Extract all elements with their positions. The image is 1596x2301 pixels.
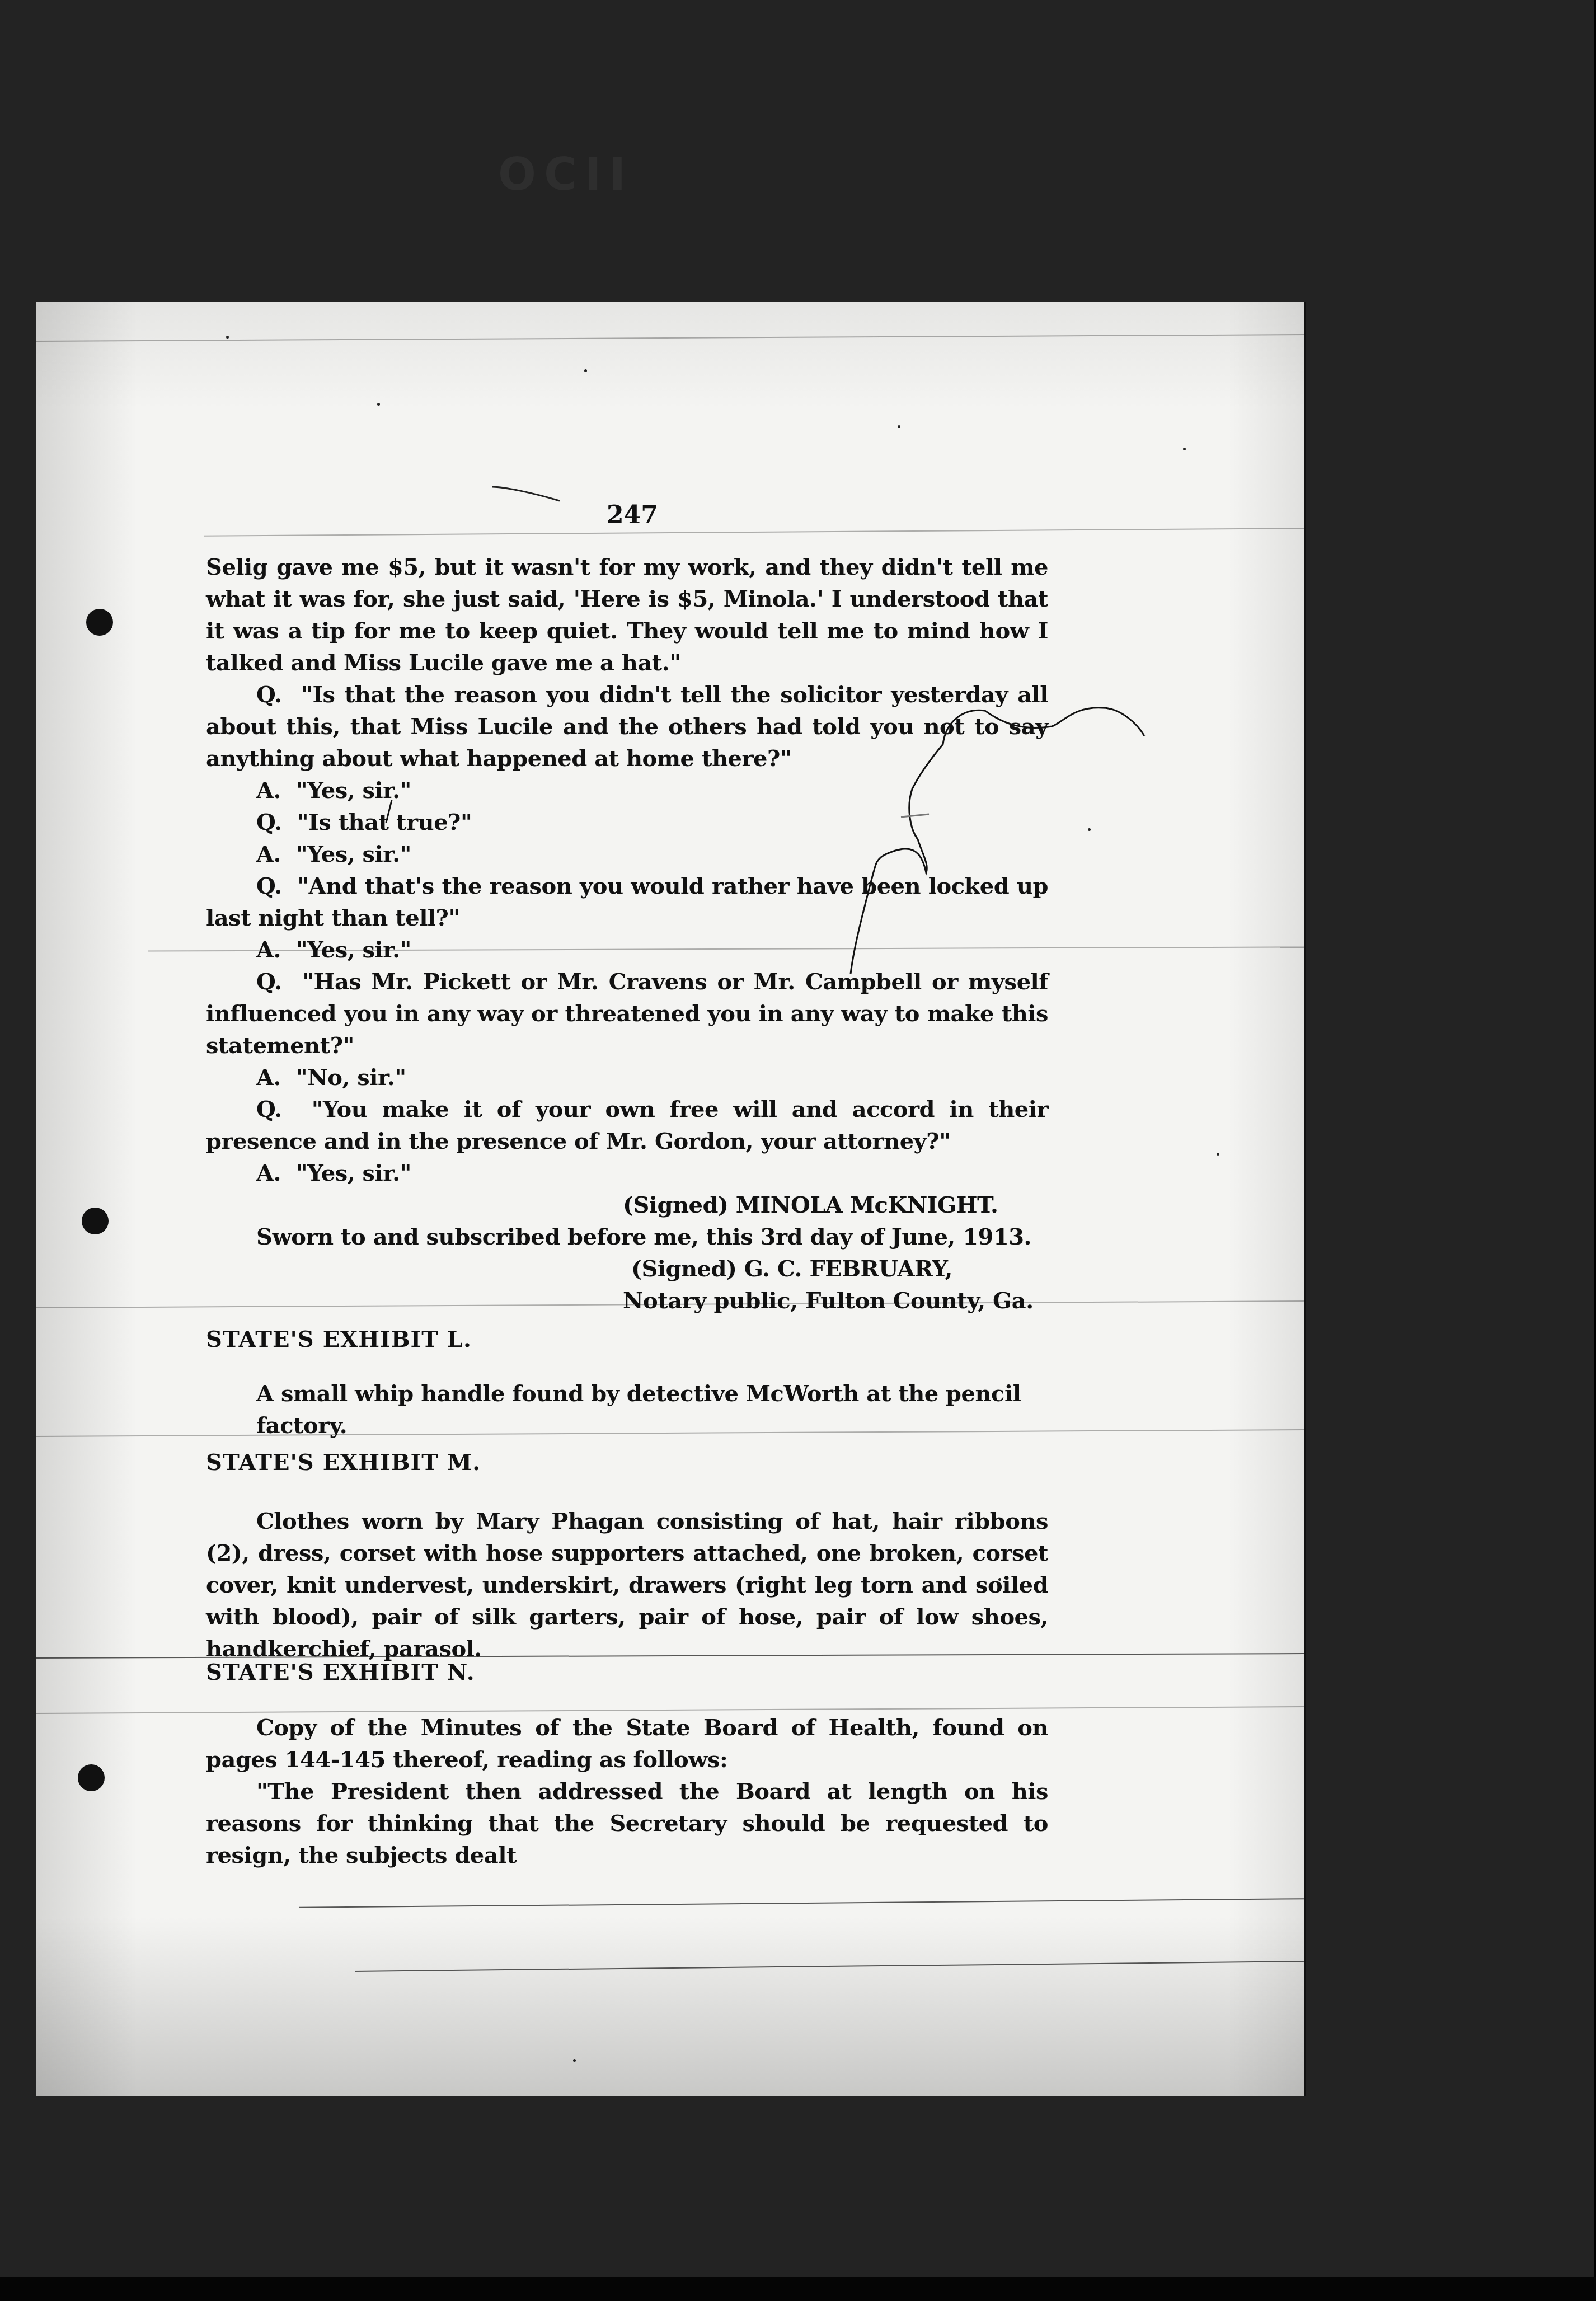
- qa-question: Q. "Is that true?": [206, 806, 1048, 838]
- exhibit-heading: STATE'S EXHIBIT M.: [206, 1447, 1048, 1478]
- speck: [898, 425, 900, 428]
- exhibit-l: STATE'S EXHIBIT L. A small whip handle f…: [206, 1323, 1048, 1441]
- signature-notary: (Signed) G. C. FEBRUARY,: [206, 1253, 1048, 1285]
- speck: [226, 336, 229, 339]
- qa-answer: A. "Yes, sir.": [206, 934, 1048, 966]
- speaker-label: Q.: [256, 682, 282, 708]
- continuation-paragraph: Selig gave me $5, but it wasn't for my w…: [206, 551, 1048, 679]
- scan-artifact-line: [299, 1898, 1304, 1908]
- speck: [1183, 448, 1186, 450]
- exhibit-n: STATE'S EXHIBIT N. Copy of the Minutes o…: [206, 1656, 1048, 1871]
- qa-text: "And that's the reason you would rather …: [206, 873, 1048, 931]
- exhibit-body: A small whip handle found by detective M…: [206, 1378, 1048, 1441]
- speaker-label: Q.: [256, 809, 282, 835]
- page-number: 247: [607, 501, 658, 529]
- exhibit-heading: STATE'S EXHIBIT L.: [206, 1323, 1048, 1355]
- qa-answer: A. "Yes, sir.": [206, 1157, 1048, 1189]
- speaker-label: A.: [256, 1064, 281, 1091]
- qa-question: Q. "Has Mr. Pickett or Mr. Cravens or Mr…: [206, 966, 1048, 1062]
- punch-hole: [82, 1208, 109, 1234]
- speck: [1088, 828, 1091, 831]
- ghost-header-text: OCII: [498, 148, 633, 200]
- qa-text: "Yes, sir.": [296, 841, 411, 867]
- exhibit-body: Clothes worn by Mary Phagan consisting o…: [206, 1505, 1048, 1665]
- signature-witness: (Signed) MINOLA McKNIGHT.: [206, 1189, 1048, 1221]
- punch-hole: [78, 1764, 105, 1791]
- qa-answer: A. "Yes, sir.": [206, 838, 1048, 870]
- punch-hole: [86, 609, 113, 636]
- speaker-label: Q.: [256, 969, 282, 995]
- qa-answer: A. "No, sir.": [206, 1062, 1048, 1093]
- qa-question: Q. "Is that the reason you didn't tell t…: [206, 679, 1048, 774]
- exhibit-heading: STATE'S EXHIBIT N.: [206, 1656, 1048, 1688]
- qa-text: "Is that the reason you didn't tell the …: [206, 682, 1048, 772]
- qa-text: "Yes, sir.": [296, 1160, 411, 1186]
- testimony-block: Selig gave me $5, but it wasn't for my w…: [206, 551, 1048, 1317]
- scan-artifact-line: [355, 1961, 1304, 1972]
- qa-text: "Yes, sir.": [296, 777, 411, 804]
- qa-question: Q. "And that's the reason you would rath…: [206, 870, 1048, 934]
- sworn-statement: Sworn to and subscribed before me, this …: [206, 1221, 1048, 1253]
- speaker-label: A.: [256, 1160, 281, 1186]
- qa-answer: A. "Yes, sir.": [206, 774, 1048, 806]
- speck: [1217, 1153, 1219, 1156]
- exhibit-body: Copy of the Minutes of the State Board o…: [206, 1712, 1048, 1776]
- speck: [584, 369, 587, 372]
- speck: [573, 2059, 576, 2062]
- speaker-label: A.: [256, 841, 281, 867]
- speck: [377, 403, 380, 406]
- scan-artifact-line: [204, 528, 1304, 537]
- qa-text: "Yes, sir.": [296, 937, 411, 963]
- speaker-label: Q.: [256, 873, 282, 899]
- scanner-edge-right: [1594, 0, 1596, 2301]
- qa-question: Q. "You make it of your own free will an…: [206, 1093, 1048, 1157]
- exhibit-quote: "The President then addressed the Board …: [206, 1776, 1048, 1871]
- scanner-edge-bottom: [0, 2277, 1596, 2301]
- qa-text: "No, sir.": [296, 1064, 406, 1091]
- speaker-label: Q.: [256, 1096, 282, 1123]
- qa-text: "Has Mr. Pickett or Mr. Cravens or Mr. C…: [206, 969, 1048, 1059]
- qa-text: "You make it of your own free will and a…: [206, 1096, 1048, 1154]
- speaker-label: A.: [256, 777, 281, 804]
- speaker-label: A.: [256, 937, 281, 963]
- notary-title: Notary public, Fulton County, Ga.: [206, 1285, 1048, 1317]
- exhibit-m: STATE'S EXHIBIT M. Clothes worn by Mary …: [206, 1447, 1048, 1665]
- qa-text: "Is that true?": [297, 809, 472, 835]
